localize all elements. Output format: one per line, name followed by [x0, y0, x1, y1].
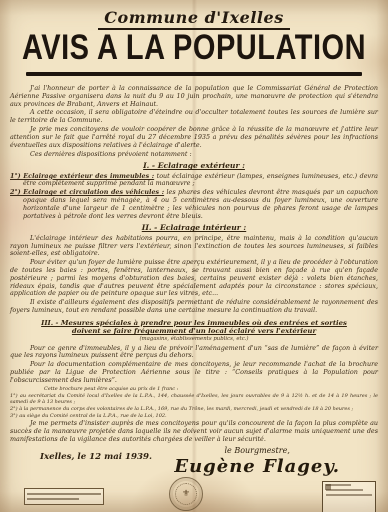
section-paragraph: Pour éviter qu'un foyer de lumière puiss…	[10, 259, 378, 298]
commune-title: Commune d'Ixelles	[98, 8, 289, 30]
item-lead: 1°) Eclairage extérieur des immeubles :	[10, 172, 154, 180]
stamp-line	[326, 489, 363, 491]
signature-role: le Bourgmestre,	[174, 446, 340, 456]
archive-stamp	[322, 481, 376, 512]
commune-seal: ⚜	[169, 477, 203, 511]
section-3-subnote: (magasins, établissements publics, etc.)	[10, 336, 378, 343]
poster-scan: Commune d'Ixelles AVIS A LA POPULATION J…	[0, 0, 388, 512]
date-line: Ixelles, le 12 mai 1939.	[40, 452, 152, 462]
brochure-location: 1°) au secrétariat du Comité local d'Ixe…	[10, 393, 378, 405]
section-paragraph: Pour la documentation complémentaire de …	[10, 361, 378, 384]
stamp-line	[326, 494, 372, 496]
brochure-location: 2°) à la permanence du corps des volonta…	[10, 406, 378, 412]
item-lead: 2°) Eclairage et circulation des véhicul…	[10, 188, 164, 196]
headline-underline	[26, 72, 362, 76]
section-3-heading: III. - Mesures spéciales à prendre pour …	[35, 319, 353, 336]
imprint-line	[27, 498, 79, 500]
intro-paragraph: A cette occasion, il sera obligatoire d'…	[10, 109, 378, 125]
imprint-line	[27, 493, 101, 495]
brochure-intro: Cette brochure peut être acquise au prix…	[10, 386, 378, 392]
stamp-mark	[325, 484, 331, 490]
list-item: 2°) Eclairage et circulation des véhicul…	[10, 189, 378, 220]
intro-paragraph: J'ai l'honneur de porter à la connaissan…	[10, 85, 378, 108]
section-paragraph: Pour ce genre d'immeubles, il y a lieu d…	[10, 345, 378, 361]
section-paragraph: L'éclairage intérieur des habitations po…	[10, 235, 378, 258]
body-text: J'ai l'honneur de porter à la connaissan…	[10, 85, 378, 478]
list-item: 1°) Eclairage extérieur des immeubles : …	[10, 173, 378, 189]
intro-paragraph: Ces dernières dispositions prévoient not…	[10, 151, 378, 159]
intro-paragraph: Je prie mes concitoyens de vouloir coopé…	[10, 126, 378, 149]
section-1-heading: I. - Eclairage extérieur :	[10, 161, 378, 170]
section-2-heading: II. - Eclairage intérieur :	[10, 223, 378, 232]
signature-block: le Bourgmestre, Eugène Flagey.	[174, 446, 340, 479]
headline: AVIS A LA POPULATION	[10, 29, 378, 69]
poster-content: Commune d'Ixelles AVIS A LA POPULATION J…	[0, 0, 388, 512]
signature-row: Ixelles, le 12 mai 1939. le Bourgmestre,…	[10, 446, 378, 479]
section-paragraph: Il existe d'ailleurs également des dispo…	[10, 299, 378, 315]
seal-icon: ⚜	[175, 483, 197, 505]
printer-imprint	[24, 488, 104, 505]
signature-name: Eugène Flagey.	[174, 456, 340, 478]
closing-paragraph: Je me permets d'insister auprès de mes c…	[10, 420, 378, 443]
